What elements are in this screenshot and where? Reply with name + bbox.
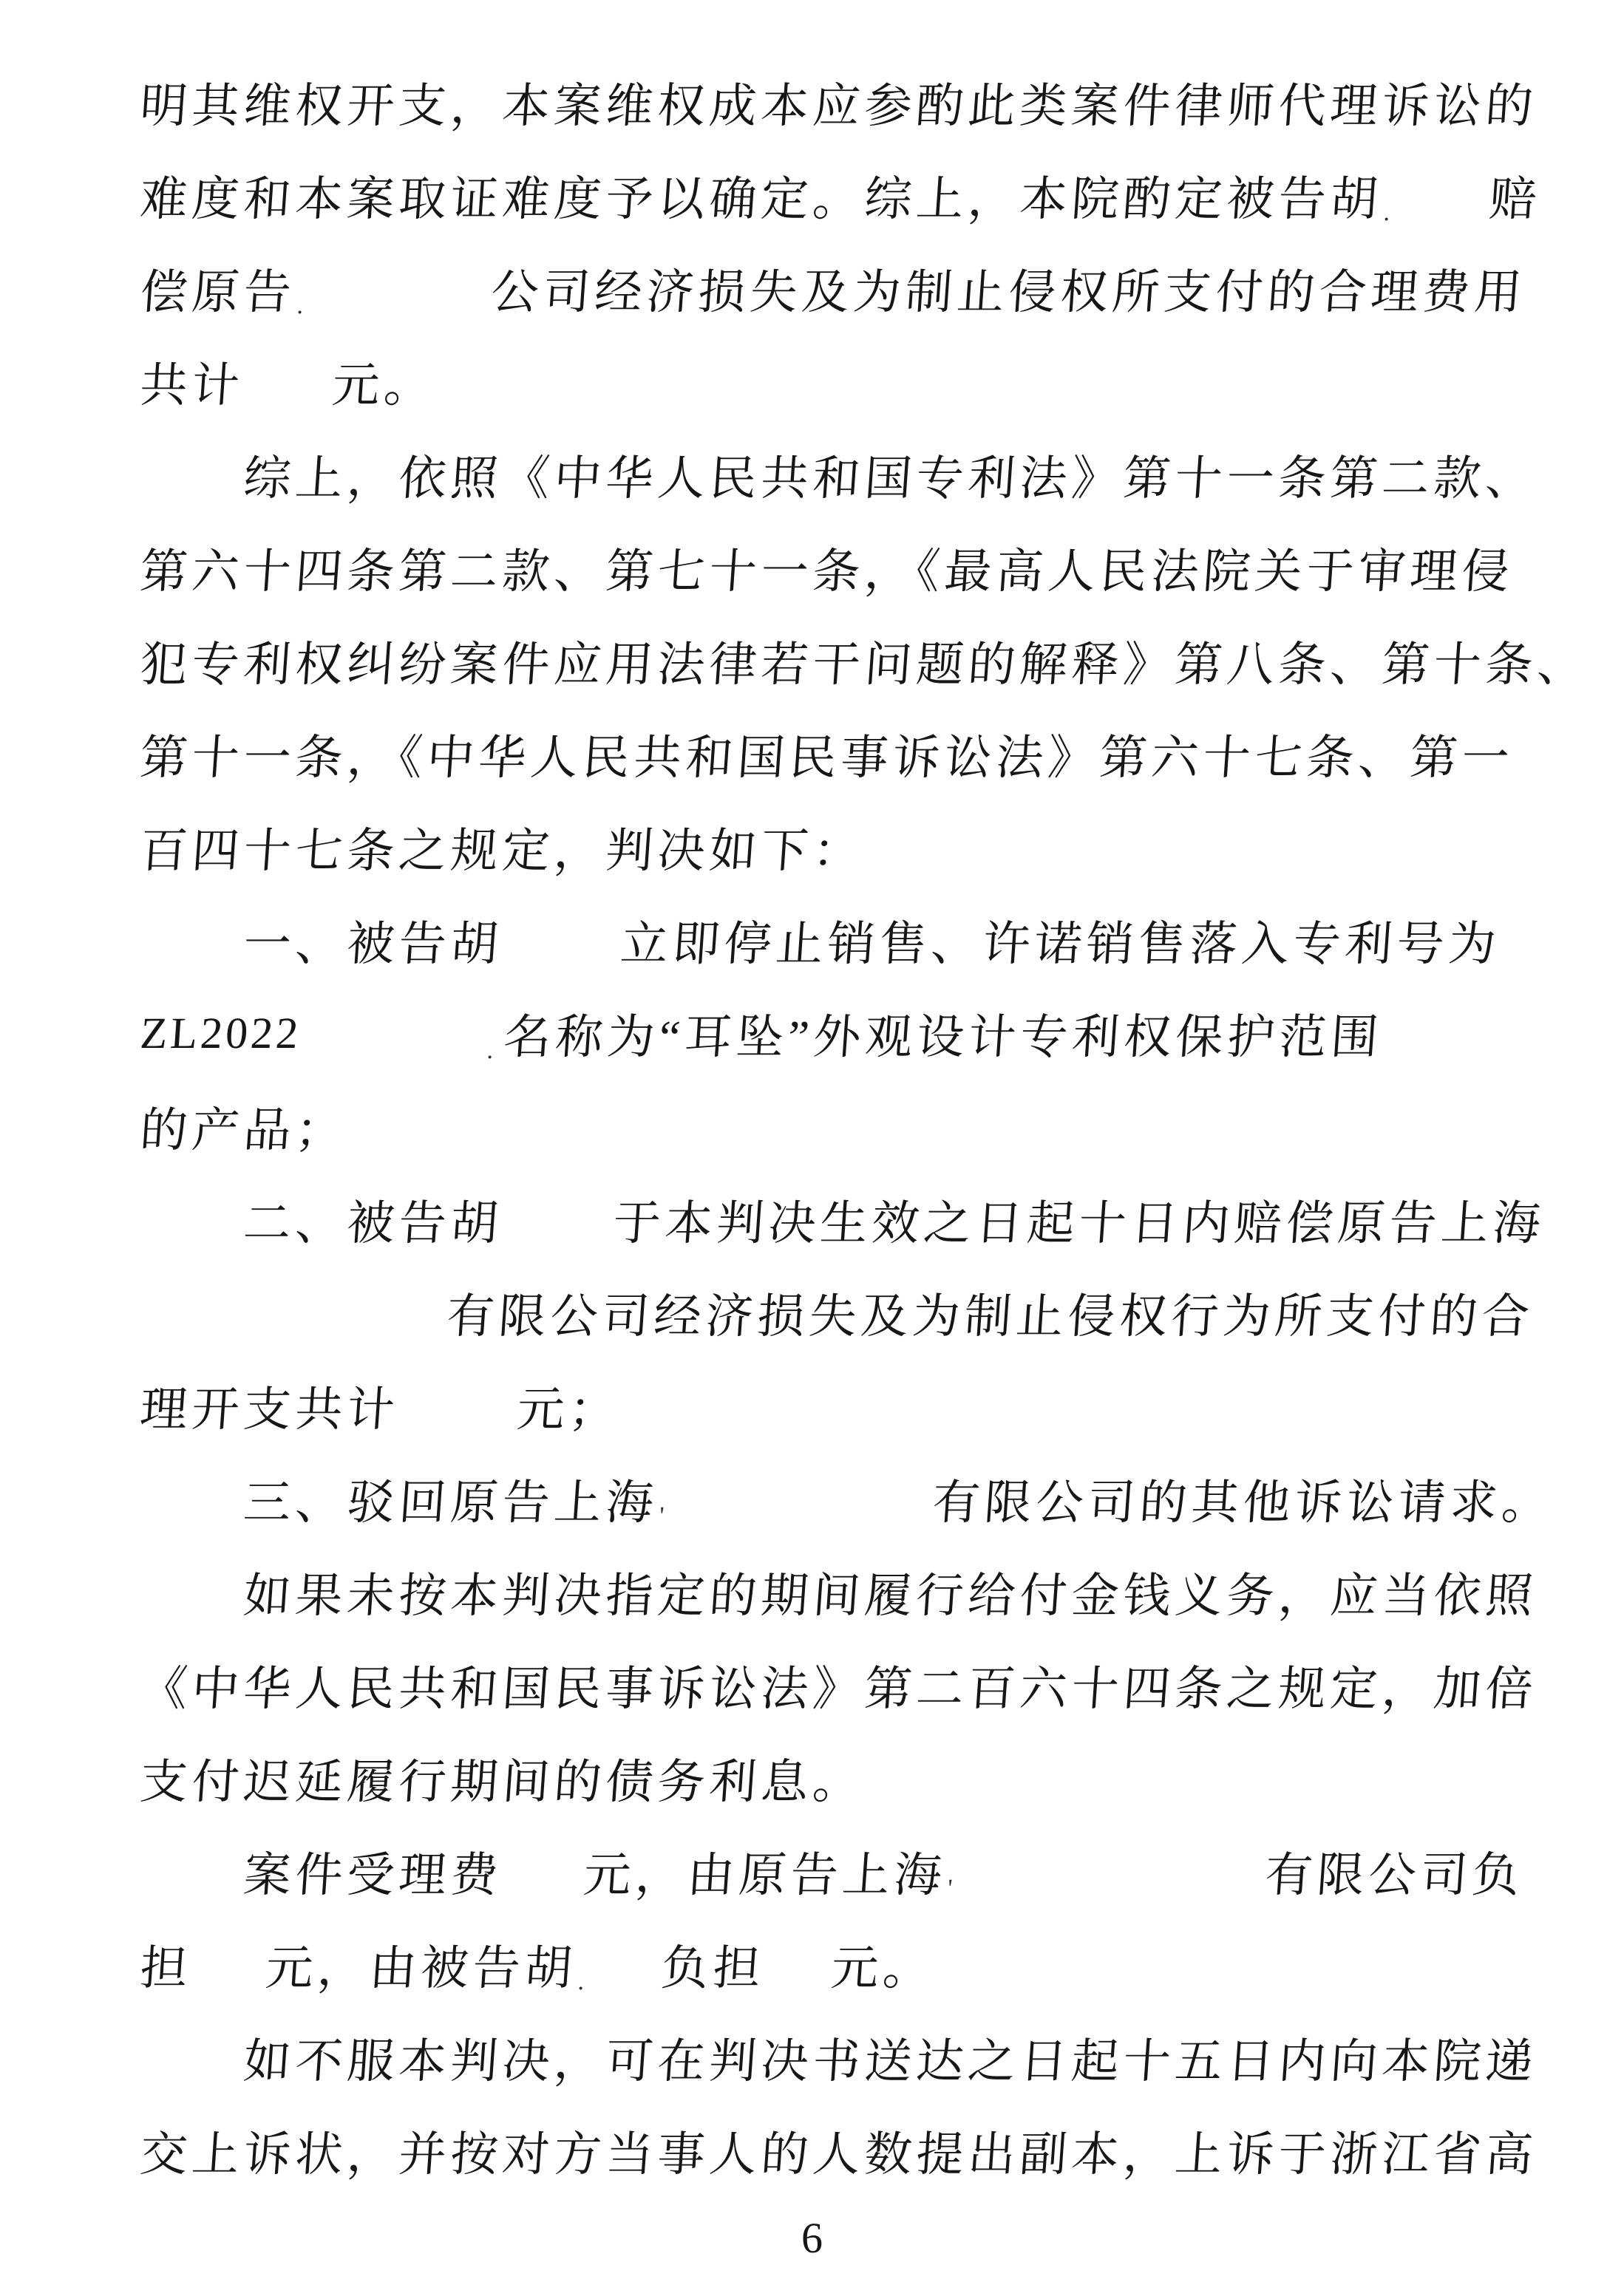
text-line: 百四十七条之规定，判决如下： [140, 800, 1587, 893]
text-segment: 担 [138, 1930, 194, 1998]
text-line: 有限公司经济损失及为制止侵权行为所支付的合 [140, 1266, 1587, 1359]
text-segment: 有限公司的其他诉讼请求。 [931, 1465, 1556, 1533]
text-line: 如果未按本判决指定的期间履行给付金钱义务，应当依照 [244, 1545, 1587, 1638]
text-line: 第六十四条第二款、第七十一条，《最高人民法院关于审理侵 [140, 521, 1587, 614]
text-segment: 有限公司负 [1263, 1837, 1526, 1905]
redaction-gap [314, 287, 492, 289]
text-line: 案件受理费元，由原告上海'有限公司负 [244, 1825, 1587, 1918]
text-segment: 如不服本判决，可在判决书送达之日起十五日内向本院递 [242, 2023, 1540, 2091]
stray-mark: . [486, 1037, 499, 1065]
text-line: 综上，依照《中华人民共和国专利法》第十一条第二款、 [244, 428, 1587, 521]
stray-mark: ' [659, 1502, 670, 1530]
text-segment: 难度和本案取证难度予以确定。综上，本院酌定被告胡 [138, 161, 1385, 229]
text-segment: 元。 [829, 1930, 937, 1998]
text-line: ZL2022.名称为“耳坠”外观设计专利权保护范围 [140, 987, 1587, 1080]
text-segment: 共计 [138, 347, 246, 415]
text-segment: 名称为“耳坠”外观设计专利权保护范围 [502, 999, 1385, 1067]
redaction-gap [503, 1870, 584, 1872]
text-segment: 理开支共计 [138, 1372, 401, 1440]
stray-mark: . [577, 1968, 590, 1996]
text-line: 担元，由被告胡.负担元。 [140, 1918, 1587, 2011]
redaction-gap [1401, 194, 1489, 196]
text-line: 《中华人民共和国民事诉讼法》第二百六十四条之规定，加倍 [140, 1638, 1587, 1731]
text-segment: 案件受理费 [242, 1837, 505, 1905]
text-segment: 交上诉状，并按对方当事人的人数提出副本，上诉于浙江省高 [138, 2116, 1540, 2184]
text-segment: 有限公司经济损失及为制止侵权行为所支付的合 [445, 1278, 1536, 1346]
text-segment: 元； [515, 1372, 623, 1440]
document-page: 明其维权开支，本案维权成本应参酌此类案件律师代理诉讼的难度和本案取证难度予以确定… [0, 0, 1624, 2296]
text-segment: 元，由原告上海 [582, 1837, 948, 1905]
redaction-gap [674, 1498, 933, 1499]
text-line: 难度和本案取证难度予以确定。综上，本院酌定被告胡.赔 [140, 149, 1587, 242]
text-segment: 第六十四条第二款、第七十一条，《最高人民法院关于审理侵 [138, 534, 1516, 602]
text-segment: 的产品； [138, 1092, 350, 1160]
text-line: 如不服本判决，可在判决书送达之日起十五日内向本院递 [244, 2011, 1587, 2104]
redaction-gap [765, 1963, 832, 1965]
text-segment: 综上，依照《中华人民共和国专利法》第十一条第二款、 [242, 440, 1540, 508]
text-segment: 《中华人民共和国民事诉讼法》第二百六十四条之规定，加倍 [138, 1651, 1540, 1719]
stray-mark: . [296, 292, 309, 320]
stray-mark: . [1383, 199, 1396, 227]
redaction-gap [301, 1032, 486, 1034]
text-line: 二、被告胡于本判决生效之日起十日内赔偿原告上海 [244, 1173, 1587, 1266]
text-segment: 赔 [1487, 161, 1543, 229]
text-line: 犯专利权纠纷案件应用法律若干问题的解释》第八条、第十条、 [140, 614, 1587, 707]
text-segment: 支付迟延履行期间的债务利息。 [138, 1744, 867, 1812]
text-line: 的产品； [140, 1080, 1587, 1173]
judgment-text: 明其维权开支，本案维权成本应参酌此类案件律师代理诉讼的难度和本案取证难度予以确定… [140, 55, 1587, 2197]
text-line: 支付迟延履行期间的债务利息。 [140, 1731, 1587, 1825]
text-line: 理开支共计元； [140, 1359, 1587, 1452]
text-segment: 百四十七条之规定，判决如下： [138, 813, 867, 881]
text-line: 一、被告胡立即停止销售、许诺销售落入专利号为 [244, 893, 1587, 987]
stray-mark: ' [947, 1875, 958, 1903]
text-segment: 第十一条，《中华人民共和国民事诉讼法》第六十七条、第一 [138, 720, 1516, 788]
text-segment: 于本判决生效之日起十日内赔偿原告上海 [611, 1185, 1547, 1253]
redaction-gap [399, 1405, 517, 1406]
text-segment: 如果未按本判决指定的期间履行给付金钱义务，应当依照 [242, 1558, 1540, 1626]
redaction-gap [595, 1963, 662, 1965]
redaction-gap [244, 381, 333, 382]
redaction-gap [192, 1963, 266, 1965]
redaction-gap [503, 1219, 614, 1220]
text-segment: ZL2022 [139, 1008, 303, 1059]
text-line: 交上诉状，并按对方当事人的人数提出副本，上诉于浙江省高 [140, 2104, 1587, 2197]
text-segment: 犯专利权纠纷案件应用法律若干问题的解释》第八条、第十条、 [138, 627, 1591, 695]
text-line: 共计元。 [140, 335, 1587, 428]
text-segment: 三、驳回原告上海 [242, 1465, 660, 1533]
text-line: 明其维权开支，本案维权成本应参酌此类案件律师代理诉讼的 [140, 55, 1587, 149]
text-segment: 元，由被告胡 [264, 1930, 579, 1998]
redaction-gap [962, 1870, 1265, 1872]
text-segment: 明其维权开支，本案维权成本应参酌此类案件律师代理诉讼的 [138, 68, 1540, 136]
page-number: 6 [0, 2213, 1624, 2263]
text-line: 三、驳回原告上海'有限公司的其他诉讼请求。 [244, 1452, 1587, 1545]
text-segment: 二、被告胡 [242, 1185, 505, 1253]
text-segment: 立即停止销售、许诺销售落入专利号为 [619, 906, 1503, 974]
text-line: 偿原告.公司经济损失及为制止侵权所支付的合理费用 [140, 242, 1587, 335]
text-segment: 偿原告 [138, 254, 298, 322]
text-segment: 一、被告胡 [242, 906, 505, 974]
text-segment: 元。 [330, 347, 438, 415]
text-line: 第十一条，《中华人民共和国民事诉讼法》第六十七条、第一 [140, 707, 1587, 800]
text-segment: 公司经济损失及为制止侵权所支付的合理费用 [489, 254, 1528, 322]
redaction-gap [503, 939, 621, 941]
redaction-gap [140, 1312, 447, 1313]
text-segment: 负担 [659, 1930, 767, 1998]
